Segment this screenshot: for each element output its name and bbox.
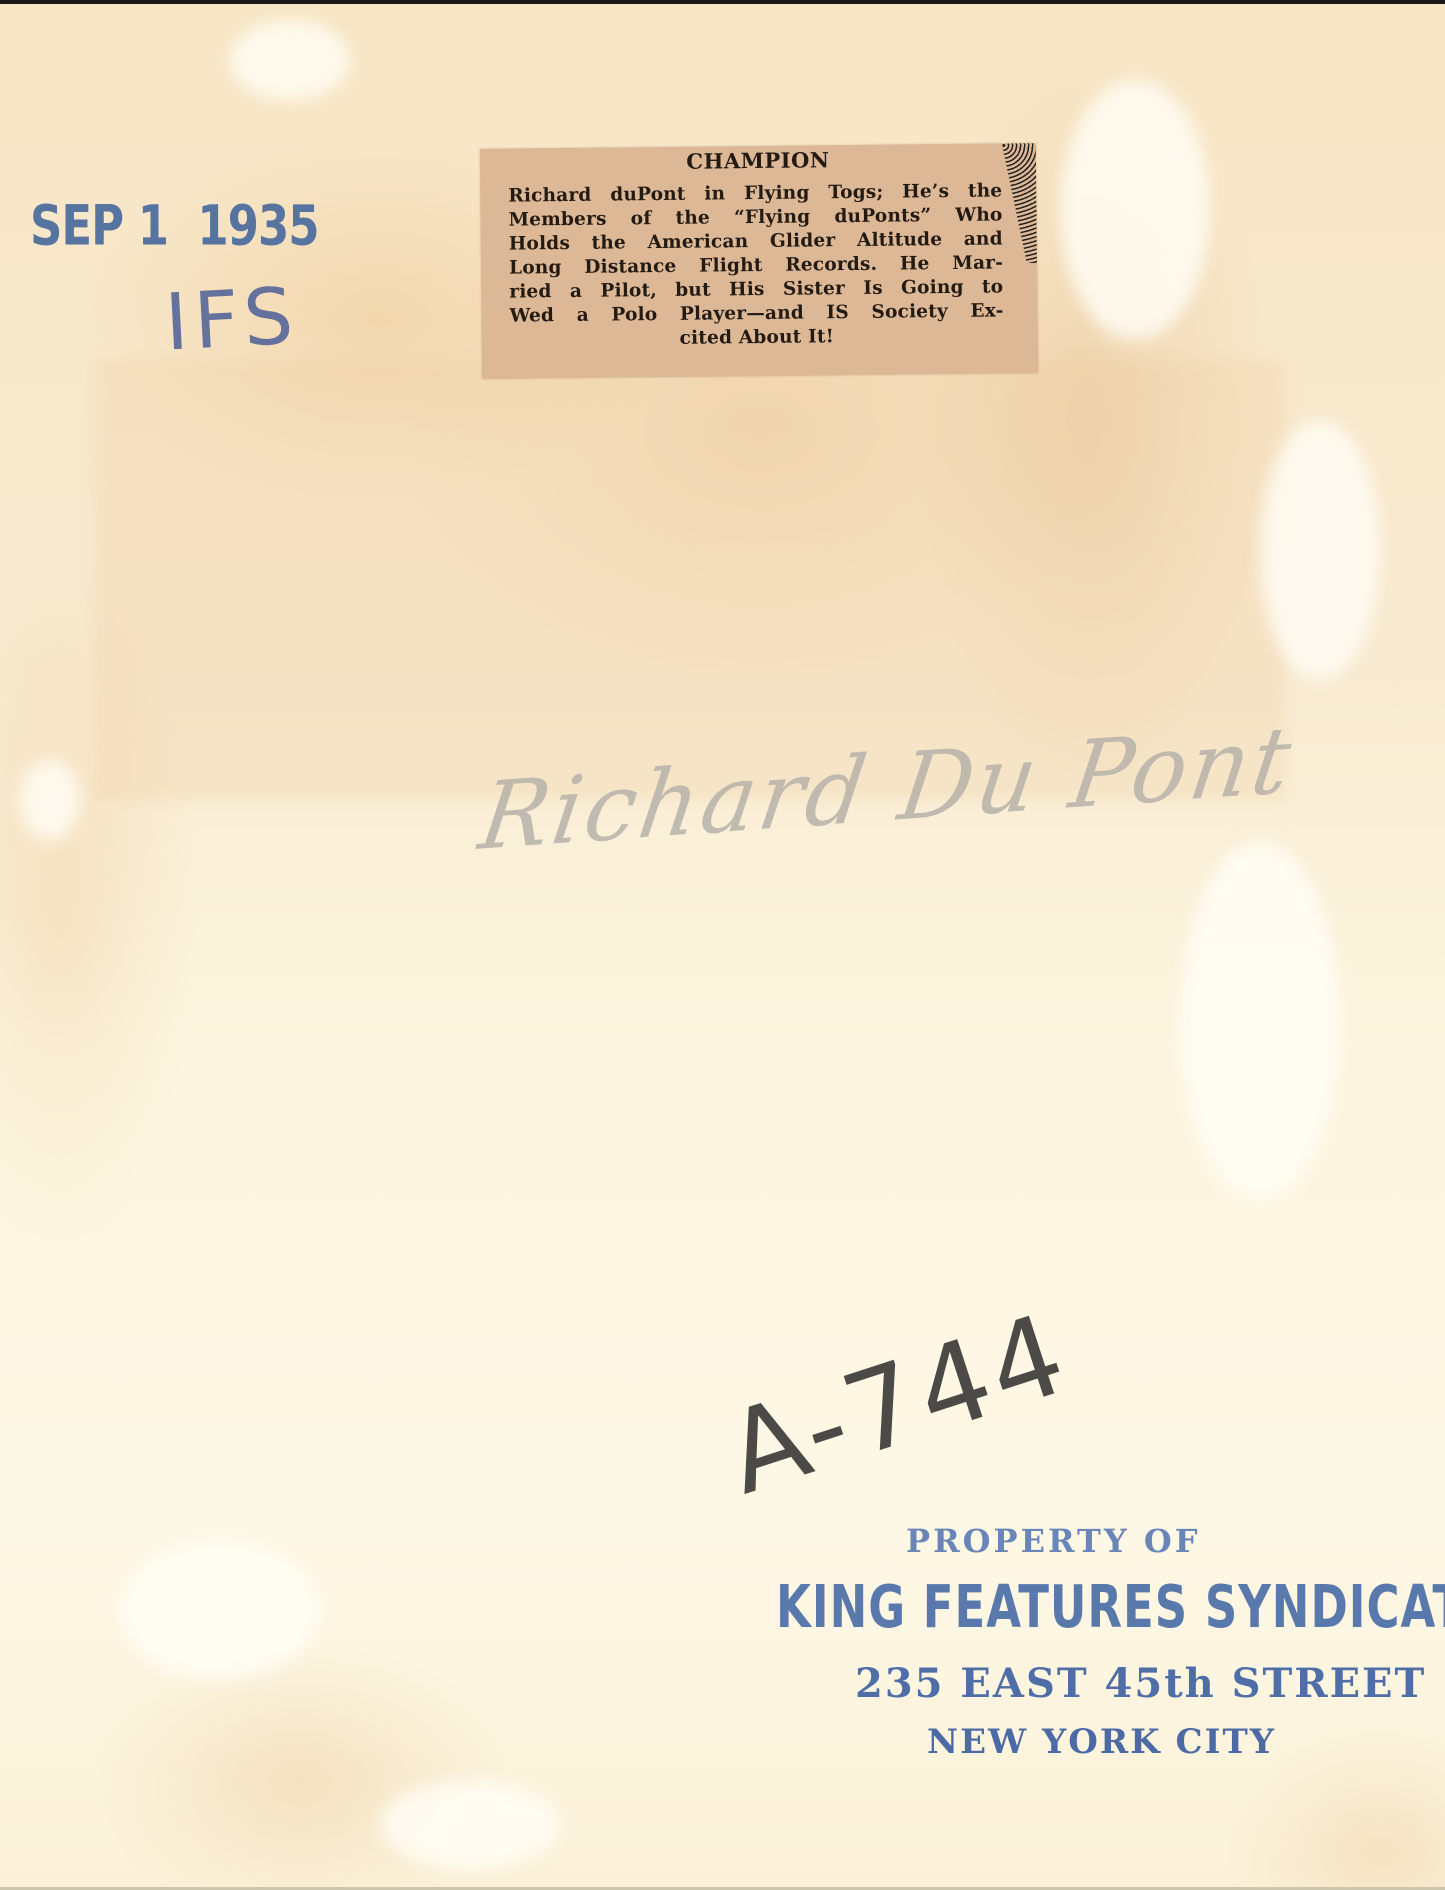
stamp-line-city: NEW YORK CITY (927, 1722, 1276, 1762)
worn-spot (1060, 80, 1210, 340)
stamp-line-property: PROPERTY OF (906, 1522, 1200, 1560)
worn-spot (380, 1780, 560, 1870)
clipping-title: CHAMPION (480, 145, 1036, 176)
worn-spot (120, 1540, 320, 1680)
worn-spot (1260, 420, 1380, 680)
newspaper-clipping: CHAMPION Richard duPont in Flying Togs; … (480, 143, 1038, 379)
worn-spot (1180, 840, 1340, 1200)
stamp-line-company: KING FEATURES SYNDICATE, Inc. (776, 1573, 1445, 1641)
date-stamp: SEP 1 1935 (30, 194, 319, 258)
handwritten-initials: IFS (163, 272, 302, 369)
stamp-line-street: 235 EAST 45th STREET (855, 1660, 1426, 1707)
worn-spot (230, 20, 350, 100)
clipping-caption: Richard duPont in Flying Togs; He’s the … (508, 179, 1004, 352)
worn-spot (20, 760, 80, 840)
scan-edge (0, 0, 1445, 4)
